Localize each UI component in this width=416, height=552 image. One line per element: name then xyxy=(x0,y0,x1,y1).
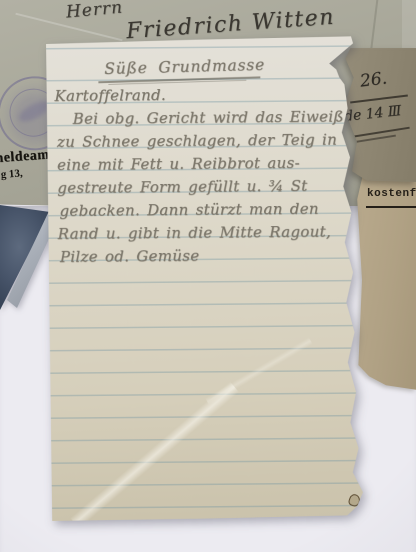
note-body-line: gestreute Form gefüllt u. ¾ St xyxy=(57,177,307,197)
handwritten-note-paper: Süße Grundmasse Kartoffelrand. Bei obg. … xyxy=(46,36,365,521)
note-body-line: gebacken. Dann stürzt man den xyxy=(59,200,318,220)
note-wrap: Süße Grundmasse Kartoffelrand. Bei obg. … xyxy=(46,36,365,521)
typed-paper-slip: kostenf xyxy=(356,168,416,392)
paper-crease xyxy=(205,337,312,405)
typed-text: kostenf xyxy=(367,188,416,200)
note-body-line: Pilze od. Gemüse xyxy=(60,247,200,266)
kraft-slip-wrap: kostenf xyxy=(356,168,416,392)
note-body-line: Bei obg. Gericht wird das Eiweiß, xyxy=(73,107,349,127)
note-body-line: Rand u. gibt in die Mitte Ragout, xyxy=(58,223,331,243)
slip-number: 26. xyxy=(359,68,388,91)
paper-crease xyxy=(70,382,239,529)
paper-speck xyxy=(347,493,361,508)
photo-of-documents: Herrn Friedrich Witten meldeamt g 13, ko… xyxy=(0,0,416,552)
note-body-line: Kartoffelrand. xyxy=(54,86,166,105)
note-title: Süße Grundmasse xyxy=(104,56,265,78)
note-body-line: zu Schnee geschlagen, der Teig in xyxy=(57,130,337,150)
typed-text-underline xyxy=(366,206,416,208)
note-body-line: eine mit Fett u. Reibbrot aus- xyxy=(57,154,300,174)
